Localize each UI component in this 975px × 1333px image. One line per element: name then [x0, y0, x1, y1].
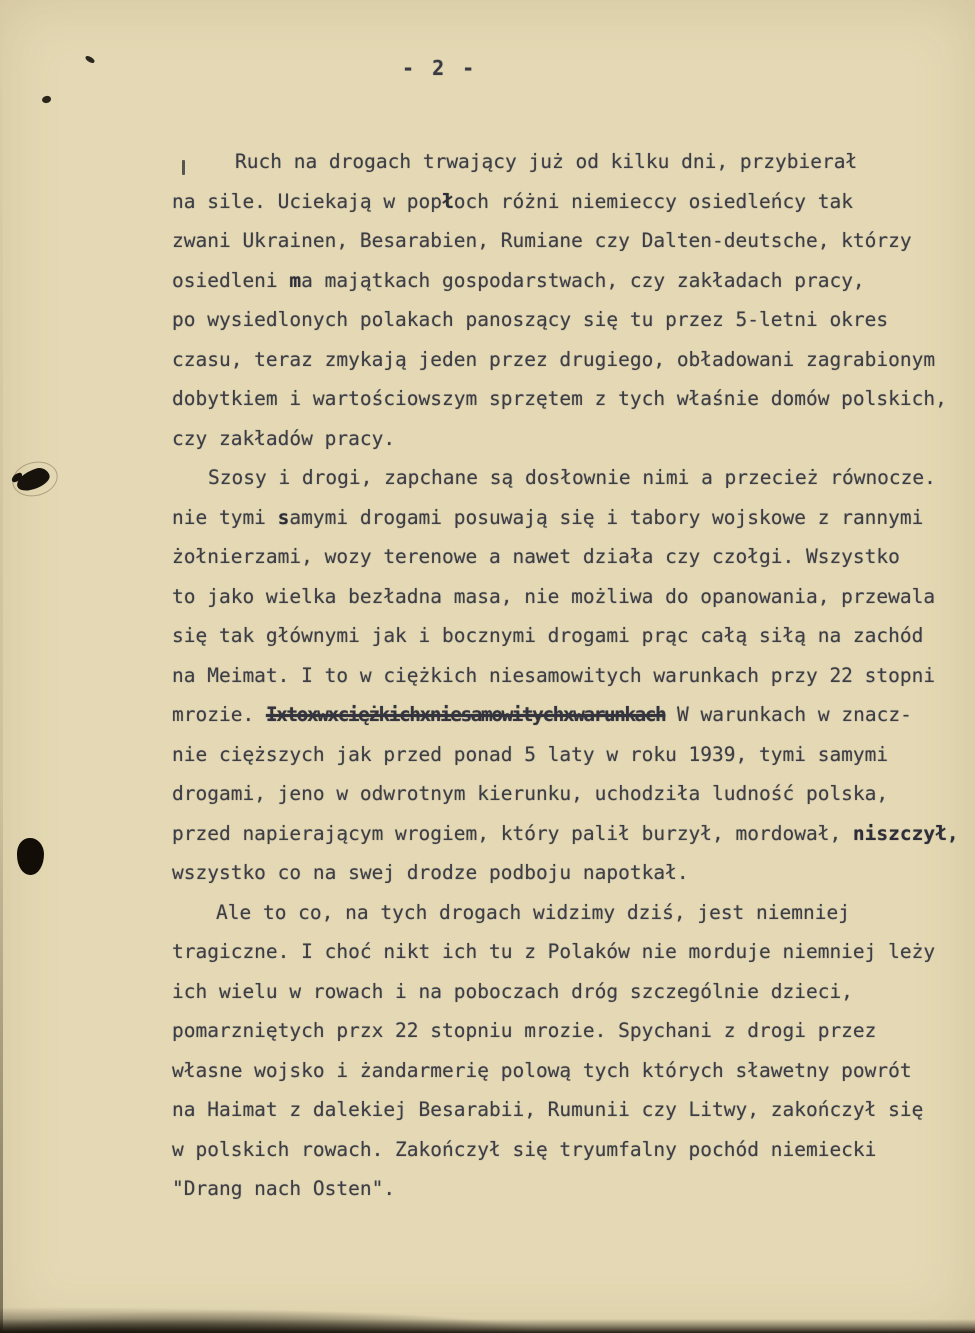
text-line-p2-l3: żołnierzami, wozy terenowe a nawet dział… — [172, 537, 972, 577]
text-line-p2-l1: Szosy i drogi, zapchane są dosłownie nim… — [172, 458, 972, 498]
text-line-p2-l11: wszystko co na swej drodze podboju napot… — [172, 853, 972, 893]
text-line-p3-l3: ich wielu w rowach i na poboczach dróg s… — [172, 972, 972, 1012]
text-segment: wszystko co na swej drodze podboju napot… — [172, 861, 689, 884]
text-segment: się tak głównymi jak i bocznymi drogami … — [172, 624, 923, 647]
text-segment: osiedleni — [172, 269, 289, 292]
scan-edge-shadow — [0, 0, 3, 1333]
text-segment: Ruch na drogach trwający już od kilku dn… — [235, 150, 857, 173]
text-segment: na Haimat z dalekiej Besarabii, Rumunii … — [172, 1098, 923, 1121]
text-segment: po wysiedlonych polakach panoszący się t… — [172, 308, 888, 331]
text-segment: och różni niemieccy osiedleńcy tak — [454, 190, 853, 213]
text-segment: na sile. Uciekają w pop — [172, 190, 442, 213]
text-line-p3-l5: własne wojsko i żandarmerię polową tych … — [172, 1051, 972, 1091]
text-segment: w polskich rowach. Zakończył się tryumfa… — [172, 1138, 876, 1161]
text-line-p3-l2: tragiczne. I choć nikt ich tu z Polaków … — [172, 932, 972, 972]
pen-tick-mark — [182, 160, 185, 175]
text-segment: W warunkach w znacz- — [665, 703, 912, 726]
text-segment: pomarzniętych przx 22 stopniu mrozie. Sp… — [172, 1019, 876, 1042]
text-line-p2-l7: mrozie. Ixtoxwxciężkichxniesamowitychxwa… — [172, 695, 972, 735]
text-segment: przed napierającym wrogiem, który palił … — [172, 822, 853, 845]
text-segment: nie cięższych jak przed ponad 5 laty w r… — [172, 743, 888, 766]
text-line-p1-l7: dobytkiem i wartościowszym sprzętem z ty… — [172, 379, 972, 419]
text-segment: ł — [442, 190, 454, 213]
text-segment: zwani Ukrainen, Besarabien, Rumiane czy … — [172, 229, 912, 252]
text-segment: "Drang nach Osten". — [172, 1177, 395, 1200]
page-number: - 2 - — [402, 56, 477, 80]
text-line-p2-l2: nie tymi samymi drogami posuwają się i t… — [172, 498, 972, 538]
text-segment: żołnierzami, wozy terenowe a nawet dział… — [172, 545, 900, 568]
text-line-p2-l6: na Meimat. I to w ciężkich niesamowitych… — [172, 656, 972, 696]
text-segment: mrozie. — [172, 703, 266, 726]
text-line-p2-l5: się tak głównymi jak i bocznymi drogami … — [172, 616, 972, 656]
text-segment: s — [278, 506, 290, 529]
text-segment: niszczył, — [853, 822, 959, 845]
text-line-p1-l5: po wysiedlonych polakach panoszący się t… — [172, 300, 972, 340]
text-line-p1-l1: Ruch na drogach trwający już od kilku dn… — [172, 142, 972, 182]
text-line-p2-l10: przed napierającym wrogiem, który palił … — [172, 814, 972, 854]
text-line-p3-l6: na Haimat z dalekiej Besarabii, Rumunii … — [172, 1090, 972, 1130]
text-line-p1-l3: zwani Ukrainen, Besarabien, Rumiane czy … — [172, 221, 972, 261]
text-segment: drogami, jeno w odwrotnym kierunku, ucho… — [172, 782, 888, 805]
ink-blot-round — [17, 838, 44, 875]
text-line-p1-l6: czasu, teraz zmykają jeden przez drugieg… — [172, 340, 972, 380]
text-line-p1-l8: czy zakładów pracy. — [172, 419, 972, 459]
text-segment: czy zakładów pracy. — [172, 427, 395, 450]
text-segment: Szosy i drogi, zapchane są dosłownie nim… — [208, 466, 936, 489]
struck-out-text: Ixtoxwxciężkichxniesamowitychxwarunkach — [266, 703, 665, 726]
text-segment: to jako wielka bezładna masa, nie możliw… — [172, 585, 935, 608]
text-segment: amymi drogami posuwają się i tabory wojs… — [289, 506, 923, 529]
ink-speck-icon — [41, 95, 51, 103]
typewritten-text-block: Ruch na drogach trwający już od kilku dn… — [172, 142, 972, 1209]
scanned-page: - 2 - Ruch na drogach trwający już od ki… — [0, 0, 975, 1333]
text-segment: dobytkiem i wartościowszym sprzętem z ty… — [172, 387, 947, 410]
text-segment: a majątkach gospodarstwach, czy zakładac… — [301, 269, 865, 292]
text-segment: tragiczne. I choć nikt ich tu z Polaków … — [172, 940, 935, 963]
text-segment: własne wojsko i żandarmerię polową tych … — [172, 1059, 912, 1082]
text-line-p2-l9: drogami, jeno w odwrotnym kierunku, ucho… — [172, 774, 972, 814]
text-line-p3-l8: "Drang nach Osten". — [172, 1169, 972, 1209]
text-line-p3-l4: pomarzniętych przx 22 stopniu mrozie. Sp… — [172, 1011, 972, 1051]
text-line-p1-l2: na sile. Uciekają w popłoch różni niemie… — [172, 182, 972, 222]
ink-speck-icon — [84, 55, 95, 65]
text-segment: m — [289, 269, 301, 292]
text-line-p2-l4: to jako wielka bezładna masa, nie możliw… — [172, 577, 972, 617]
text-segment: ich wielu w rowach i na poboczach dróg s… — [172, 980, 853, 1003]
text-line-p2-l8: nie cięższych jak przed ponad 5 laty w r… — [172, 735, 972, 775]
text-segment: czasu, teraz zmykają jeden przez drugieg… — [172, 348, 935, 371]
text-line-p3-l7: w polskich rowach. Zakończył się tryumfa… — [172, 1130, 972, 1170]
text-line-p3-l1: Ale to co, na tych drogach widzimy dziś,… — [172, 893, 972, 933]
text-segment: Ale to co, na tych drogach widzimy dziś,… — [216, 901, 850, 924]
scan-edge-shadow — [0, 1319, 975, 1333]
text-segment: na Meimat. I to w ciężkich niesamowitych… — [172, 664, 935, 687]
text-line-p1-l4: osiedleni ma majątkach gospodarstwach, c… — [172, 261, 972, 301]
text-segment: nie tymi — [172, 506, 278, 529]
